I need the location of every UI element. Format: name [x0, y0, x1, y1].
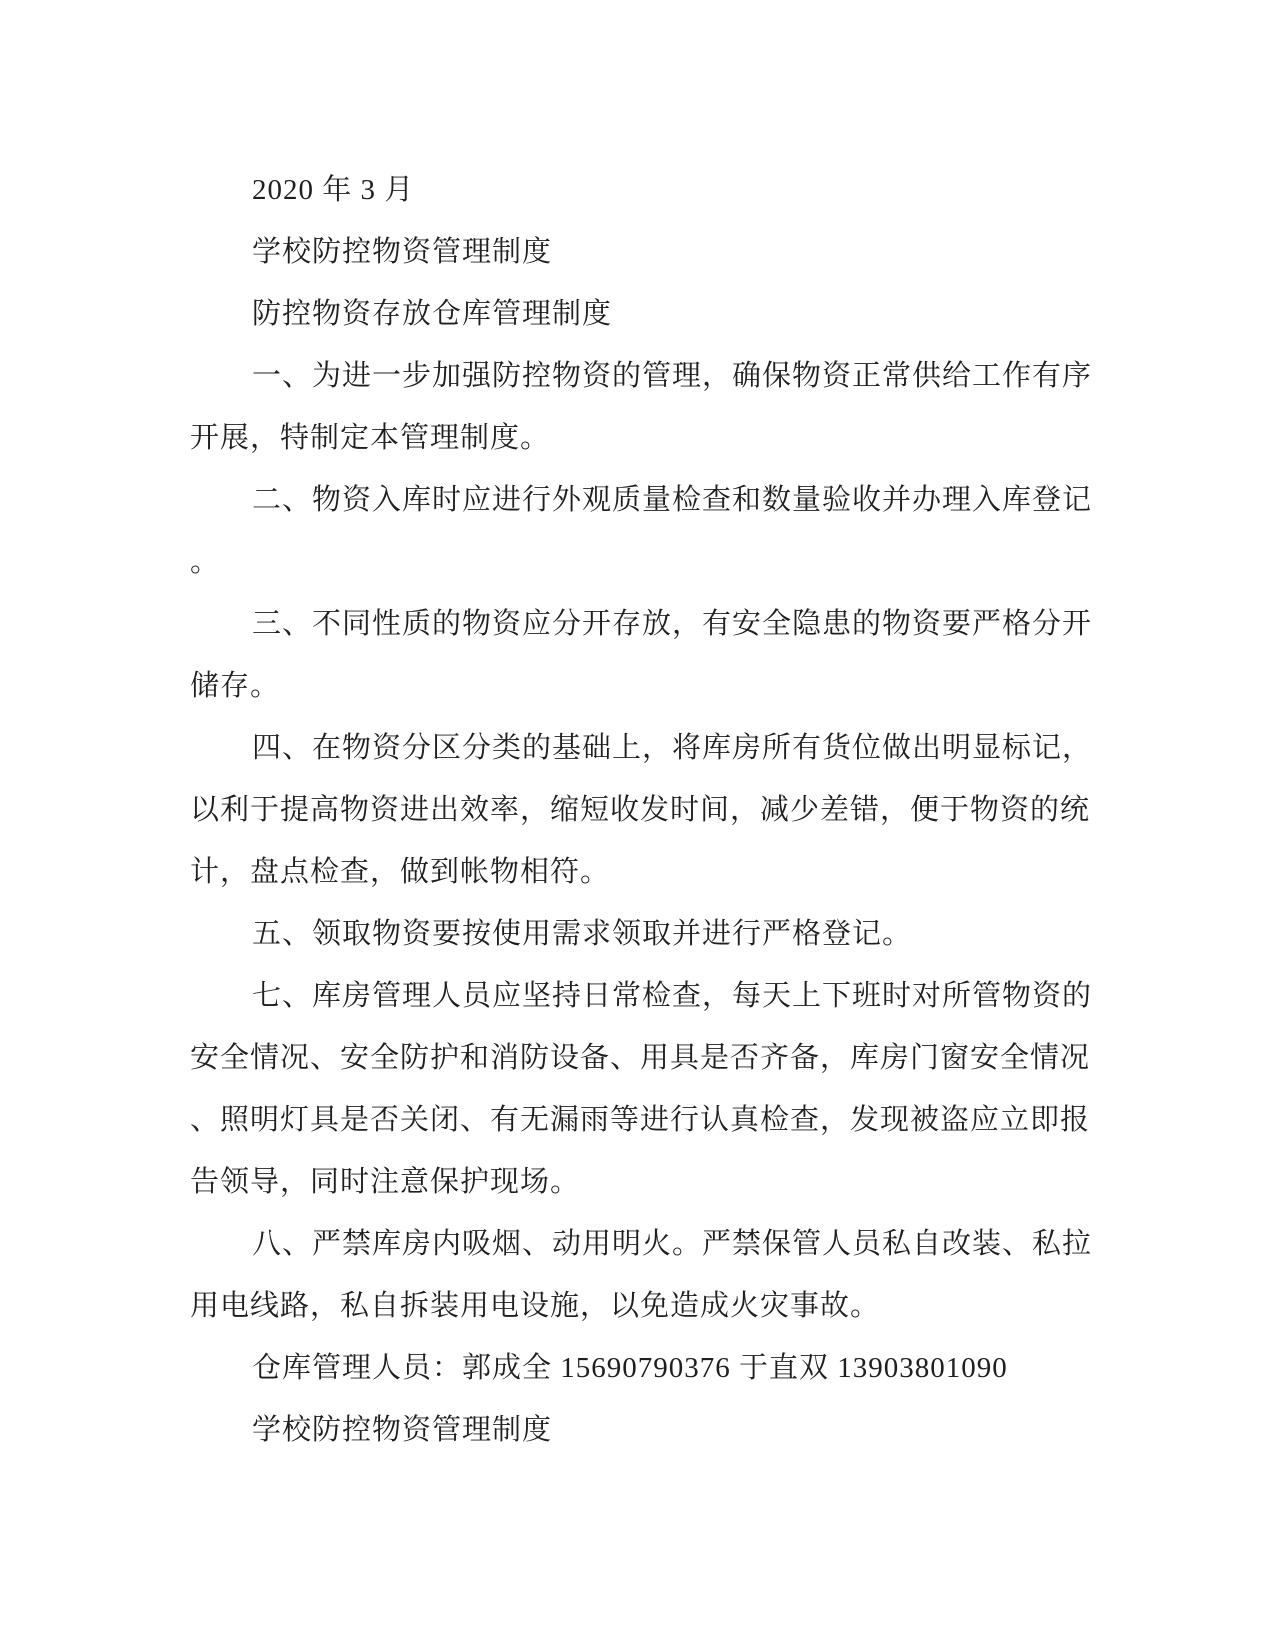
- clause-7-line-4: 告领导，同时注意保护现场。: [190, 1151, 1070, 1213]
- document-page: 2020 年 3 月学校防控物资管理制度防控物资存放仓库管理制度一、为进一步加强…: [0, 0, 1275, 1650]
- footer-heading-line: 学校防控物资管理制度: [190, 1399, 1070, 1461]
- manager-contact-line: 仓库管理人员：郭成全 15690790376 于直双 13903801090: [190, 1337, 1070, 1399]
- date-line: 2020 年 3 月: [190, 159, 1070, 221]
- clause-7-line-2: 安全情况、安全防护和消防设备、用具是否齐备，库房门窗安全情况: [190, 1027, 1070, 1089]
- clause-8-line-2: 用电线路，私自拆装用电设施，以免造成火灾事故。: [190, 1275, 1070, 1337]
- clause-2-line-1: 二、物资入库时应进行外观质量检查和数量验收并办理入库登记: [190, 469, 1070, 531]
- subheading-line: 防控物资存放仓库管理制度: [190, 283, 1070, 345]
- clause-1-line-1: 一、为进一步加强防控物资的管理，确保物资正常供给工作有序: [190, 345, 1070, 407]
- clause-3-line-2: 储存。: [190, 655, 1070, 717]
- heading-line: 学校防控物资管理制度: [190, 221, 1070, 283]
- clause-4-line-1: 四、在物资分区分类的基础上，将库房所有货位做出明显标记，: [190, 717, 1070, 779]
- clause-5-line-1: 五、领取物资要按使用需求领取并进行严格登记。: [190, 903, 1070, 965]
- clause-7-line-3: 、照明灯具是否关闭、有无漏雨等进行认真检查，发现被盗应立即报: [190, 1089, 1070, 1151]
- clause-8-line-1: 八、严禁库房内吸烟、动用明火。严禁保管人员私自改装、私拉: [190, 1213, 1070, 1275]
- clause-1-line-2: 开展，特制定本管理制度。: [190, 407, 1070, 469]
- clause-4-line-2: 以利于提高物资进出效率，缩短收发时间，减少差错，便于物资的统: [190, 779, 1070, 841]
- clause-4-line-3: 计，盘点检查，做到帐物相符。: [190, 841, 1070, 903]
- clause-7-line-1: 七、库房管理人员应坚持日常检查，每天上下班时对所管物资的: [190, 965, 1070, 1027]
- clause-3-line-1: 三、不同性质的物资应分开存放，有安全隐患的物资要严格分开: [190, 593, 1070, 655]
- clause-2-line-2: 。: [190, 531, 1070, 593]
- document-body: 2020 年 3 月学校防控物资管理制度防控物资存放仓库管理制度一、为进一步加强…: [190, 159, 1070, 1461]
